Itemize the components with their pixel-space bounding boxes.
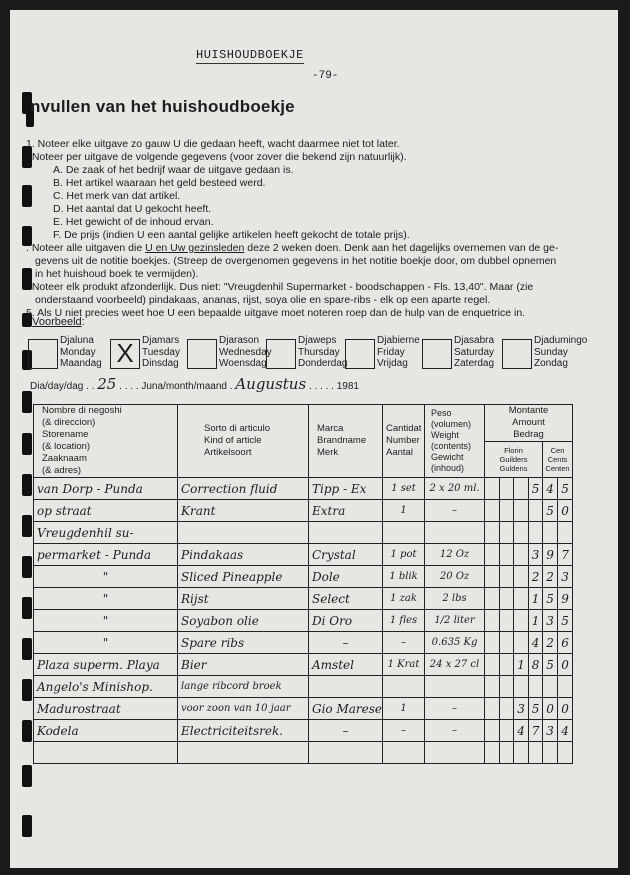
cell-guilders-digit: 3: [529, 544, 543, 566]
cell-guilders-digit: 4: [514, 720, 529, 742]
cell-brand: [309, 742, 383, 764]
cell-number: 1 zak: [383, 588, 425, 610]
cell-guilders-digit: [529, 522, 543, 544]
cell-brand: Di Oro: [309, 610, 383, 632]
header-line: Weight: [431, 430, 484, 441]
table-row: KodelaElectriciteitsrek.–––4734: [34, 720, 573, 742]
cell-weight: 2 lbs: [425, 588, 485, 610]
header-guilders: FlorinGuildersGuldens: [485, 442, 543, 478]
table-row: Madurostraatvoor zoon van 10 jaarGio Mar…: [34, 698, 573, 720]
cell-guilders-digit: [500, 588, 514, 610]
header-line: Cents: [543, 455, 572, 464]
header-line: (contents): [431, 441, 484, 452]
table-row: permarket - PundaPindakaasCrystal1 pot12…: [34, 544, 573, 566]
weekday-option-sunday[interactable]: DjadumingoSundayZondag: [502, 335, 587, 370]
day-label: Dia/day/dag . .: [30, 381, 94, 392]
cell-article: lange ribcord broek: [178, 676, 309, 698]
header-line: Florin: [485, 446, 542, 455]
cell-store: op straat: [34, 500, 178, 522]
binder-hole-mark: [22, 185, 32, 207]
cell-weight: –: [425, 720, 485, 742]
table-row: "RijstSelect1 zak2 lbs159: [34, 588, 573, 610]
instruction-3: . Noteer alle uitgaven die U en Uw gezin…: [26, 242, 558, 255]
instruction-3-text: . Noteer alle uitgaven die: [26, 242, 145, 254]
month-value: Augustus: [235, 375, 306, 393]
header-cents: CenCentsCenten: [543, 442, 573, 478]
cell-guilders-digit: 8: [529, 654, 543, 676]
table-row: van Dorp - PundaCorrection fluidTipp - E…: [34, 478, 573, 500]
cell-guilders-digit: 2: [529, 566, 543, 588]
weekday-checkbox[interactable]: [28, 339, 58, 369]
cell-guilders-digit: [514, 632, 529, 654]
cell-cents-digit: 5: [543, 500, 558, 522]
cell-number: 1: [383, 500, 425, 522]
cell-guilders-digit: 1: [529, 610, 543, 632]
cell-guilders-digit: [500, 632, 514, 654]
example-heading: . Voorbeeld:: [26, 316, 85, 328]
weekday-label: DjawepsThursdayDonderdag: [298, 335, 347, 370]
cell-weight: –: [425, 698, 485, 720]
cell-guilders-digit: [514, 676, 529, 698]
cell-brand: Extra: [309, 500, 383, 522]
cell-cents-digit: 7: [558, 544, 573, 566]
instruction-5: 5. Als U niet precies weet hoe U een bep…: [26, 307, 525, 320]
cell-guilders-digit: [485, 632, 500, 654]
cell-store: van Dorp - Punda: [34, 478, 178, 500]
cell-store: ": [34, 588, 178, 610]
header-line: Centen: [543, 464, 572, 473]
example-suffix: :: [82, 316, 85, 328]
cell-brand: Dole: [309, 566, 383, 588]
header-line: Cantidat: [386, 423, 424, 435]
cell-cents-digit: 5: [543, 654, 558, 676]
cell-guilders-digit: [514, 566, 529, 588]
header-line: Montante: [485, 405, 572, 417]
weekday-label: DjarasonWednesdayWoensdag: [219, 335, 272, 370]
cell-cents-digit: [558, 742, 573, 764]
cell-guilders-digit: [485, 500, 500, 522]
header-brand: MarcaBrandnameMerk: [309, 405, 383, 478]
weekday-option-friday[interactable]: DjabierneFridayVrijdag: [345, 335, 420, 370]
binder-hole-mark: [22, 556, 32, 578]
binder-hole-mark: [22, 679, 32, 701]
cell-cents-digit: 3: [558, 566, 573, 588]
cell-cents-digit: 2: [543, 632, 558, 654]
day-value: 25: [97, 375, 116, 393]
cell-cents-digit: 9: [543, 544, 558, 566]
cell-guilders-digit: [529, 500, 543, 522]
cell-number: 1 Krat: [383, 654, 425, 676]
cell-guilders-digit: [514, 522, 529, 544]
cell-guilders-digit: [529, 742, 543, 764]
cell-cents-digit: [543, 522, 558, 544]
weekday-option-saturday[interactable]: DjasabraSaturdayZaterdag: [422, 335, 494, 370]
cell-guilders-digit: [514, 610, 529, 632]
header-line: Guilders: [485, 455, 542, 464]
instruction-3-line3: in het huishoud boek te vermijden).: [35, 268, 198, 281]
header-line: Kind of article: [204, 435, 308, 447]
weekday-label: DjalunaMondayMaandag: [60, 335, 102, 370]
header-line: Number: [386, 435, 424, 447]
cell-guilders-digit: [485, 676, 500, 698]
cell-brand: [309, 676, 383, 698]
weekday-label: DjasabraSaturdayZaterdag: [454, 335, 494, 370]
cell-cents-digit: [558, 522, 573, 544]
cell-store: Vreugdenhil su-: [34, 522, 178, 544]
cell-article: Bier: [178, 654, 309, 676]
cell-guilders-digit: [485, 566, 500, 588]
weekday-option-wednesday[interactable]: DjarasonWednesdayWoensdag: [187, 335, 272, 370]
cell-store: Madurostraat: [34, 698, 178, 720]
header-line: Merk: [317, 447, 382, 459]
cell-number: –: [383, 632, 425, 654]
year-label: . . . . . 1981: [309, 381, 359, 392]
weekday-option-tuesday[interactable]: XDjamarsTuesdayDinsdag: [110, 335, 180, 370]
cell-cents-digit: 5: [543, 588, 558, 610]
weekday-label: DjadumingoSundayZondag: [534, 335, 587, 370]
instruction-1: 1. Noteer elke uitgave zo gauw U die ged…: [26, 138, 400, 151]
cell-brand: –: [309, 720, 383, 742]
cell-number: [383, 676, 425, 698]
header-line: (& location): [42, 441, 177, 453]
cell-guilders-digit: [485, 610, 500, 632]
cell-cents-digit: 2: [543, 566, 558, 588]
header-number: CantidatNumberAantal: [383, 405, 425, 478]
cell-cents-digit: 9: [558, 588, 573, 610]
weekday-option-monday[interactable]: DjalunaMondayMaandag: [28, 335, 102, 370]
instruction-4: . Noteer elk produkt afzonderlijk. Dus n…: [26, 281, 533, 294]
cell-guilders-digit: [500, 566, 514, 588]
cell-guilders-digit: [514, 588, 529, 610]
cell-guilders-digit: [485, 588, 500, 610]
instruction-2b: B. Het artikel waaraan het geld besteed …: [53, 177, 265, 190]
cell-guilders-digit: [500, 478, 514, 500]
instruction-2e: E. Het gewicht of de inhoud ervan.: [53, 216, 214, 229]
cell-cents-digit: [543, 676, 558, 698]
binder-hole-mark: [22, 765, 32, 787]
cell-article: voor zoon van 10 jaar: [178, 698, 309, 720]
cell-store: Kodela: [34, 720, 178, 742]
binder-hole-mark: [22, 433, 32, 455]
header-line: Brandname: [317, 435, 382, 447]
cell-store: [34, 742, 178, 764]
expense-table: Nombre di negoshi(& direccion)Storename(…: [33, 404, 573, 764]
binder-hole-mark: [22, 474, 32, 496]
header-line: (inhoud): [431, 463, 484, 474]
cell-guilders-digit: 5: [529, 698, 543, 720]
cell-weight: [425, 676, 485, 698]
weekday-checkbox[interactable]: [422, 339, 452, 369]
cell-cents-digit: [543, 742, 558, 764]
cell-guilders-digit: [500, 500, 514, 522]
header-line: Aantal: [386, 447, 424, 459]
header-line: Amount: [485, 417, 572, 429]
cell-number: –: [383, 720, 425, 742]
header-weight: Peso(volumen)Weight(contents)Gewicht(inh…: [425, 405, 485, 478]
cell-number: [383, 522, 425, 544]
header-line: Gewicht: [431, 452, 484, 463]
binder-hole-mark: [22, 720, 32, 742]
cell-brand: Amstel: [309, 654, 383, 676]
date-line: Dia/day/dag . . 25 . . . . Juna/month/ma…: [30, 375, 359, 393]
cell-article: Spare ribs: [178, 632, 309, 654]
header-line: Guldens: [485, 464, 542, 473]
cell-number: 1 blik: [383, 566, 425, 588]
cell-cents-digit: 0: [558, 500, 573, 522]
cell-guilders-digit: [485, 654, 500, 676]
weekday-checkbox[interactable]: [345, 339, 375, 369]
cell-guilders-digit: 7: [529, 720, 543, 742]
instruction-2: . Noteer per uitgave de volgende gegeven…: [26, 151, 407, 164]
weekday-checkbox[interactable]: X: [110, 339, 140, 369]
table-row: Vreugdenhil su-: [34, 522, 573, 544]
cell-guilders-digit: [500, 742, 514, 764]
header-store: Nombre di negoshi(& direccion)Storename(…: [34, 405, 178, 478]
cell-number: [383, 742, 425, 764]
page-title: nvullen van het huishoudboekje: [30, 97, 295, 117]
instruction-4-line2: onderstaand voorbeeld) pindakaas, ananas…: [35, 294, 490, 307]
cell-weight: –: [425, 500, 485, 522]
cell-guilders-digit: 5: [529, 478, 543, 500]
cell-article: [178, 742, 309, 764]
cell-brand: [309, 522, 383, 544]
instruction-3-emphasis: U en Uw gezinsleden: [145, 242, 244, 254]
cell-article: Sliced Pineapple: [178, 566, 309, 588]
table-row: Plaza superm. PlayaBierAmstel1 Krat24 x …: [34, 654, 573, 676]
cell-article: Soyabon olie: [178, 610, 309, 632]
table-row: "Soyabon olieDi Oro1 fles1/2 liter135: [34, 610, 573, 632]
header-line: Cen: [543, 446, 572, 455]
cell-guilders-digit: [500, 544, 514, 566]
cell-article: Electriciteitsrek.: [178, 720, 309, 742]
cell-guilders-digit: [485, 720, 500, 742]
cell-guilders-digit: [500, 654, 514, 676]
weekday-checkbox[interactable]: [187, 339, 217, 369]
header-line: Nombre di negoshi: [42, 405, 177, 417]
header-amount: MontanteAmountBedrag: [485, 405, 573, 442]
cell-guilders-digit: 4: [529, 632, 543, 654]
instruction-3-text: deze 2 weken doen. Denk aan het dagelijk…: [244, 242, 558, 254]
instruction-3-line2: gevens uit de notitie boekjes. (Streep d…: [35, 255, 556, 268]
cell-brand: Select: [309, 588, 383, 610]
cell-weight: 12 Oz: [425, 544, 485, 566]
binder-hole-mark: [22, 815, 32, 837]
cell-store: Plaza superm. Playa: [34, 654, 178, 676]
instruction-2c: C. Het merk van dat artikel.: [53, 190, 180, 203]
binder-hole-mark: [22, 515, 32, 537]
cell-guilders-digit: [485, 742, 500, 764]
cell-guilders-digit: 1: [514, 654, 529, 676]
cell-brand: Crystal: [309, 544, 383, 566]
cell-brand: Gio Marese: [309, 698, 383, 720]
cell-guilders-digit: [514, 742, 529, 764]
cell-cents-digit: 4: [543, 478, 558, 500]
header-line: Artikelsoort: [204, 447, 308, 459]
header-line: Bedrag: [485, 429, 572, 441]
cell-weight: 2 x 20 ml.: [425, 478, 485, 500]
cell-guilders-digit: [500, 698, 514, 720]
cell-article: Krant: [178, 500, 309, 522]
cell-article: Rijst: [178, 588, 309, 610]
cell-store: Angelo's Minishop.: [34, 676, 178, 698]
cell-number: 1 pot: [383, 544, 425, 566]
cell-cents-digit: 4: [558, 720, 573, 742]
header-line: Sorto di articulo: [204, 423, 308, 435]
table-row: [34, 742, 573, 764]
cell-cents-digit: 3: [543, 720, 558, 742]
check-mark-icon: X: [111, 338, 139, 368]
binder-hole-mark: [22, 597, 32, 619]
cell-guilders-digit: [514, 500, 529, 522]
table-row: "Spare ribs––0.635 Kg426: [34, 632, 573, 654]
cell-weight: 0.635 Kg: [425, 632, 485, 654]
cell-guilders-digit: [485, 478, 500, 500]
instruction-2a: A. De zaak of het bedrijf waar de uitgav…: [53, 164, 293, 177]
cell-guilders-digit: 1: [529, 588, 543, 610]
header-line: Peso: [431, 408, 484, 419]
cell-brand: –: [309, 632, 383, 654]
cell-article: Correction fluid: [178, 478, 309, 500]
weekday-checkbox[interactable]: [502, 339, 532, 369]
cell-number: 1 fles: [383, 610, 425, 632]
cell-guilders-digit: [485, 544, 500, 566]
cell-cents-digit: 3: [543, 610, 558, 632]
cell-guilders-digit: [500, 676, 514, 698]
cell-cents-digit: 5: [558, 610, 573, 632]
cell-weight: 20 Oz: [425, 566, 485, 588]
cell-article: Pindakaas: [178, 544, 309, 566]
cell-guilders-digit: [485, 698, 500, 720]
cell-cents-digit: 6: [558, 632, 573, 654]
header-line: Zaaknaam: [42, 453, 177, 465]
cell-cents-digit: [558, 676, 573, 698]
cell-guilders-digit: [500, 522, 514, 544]
cell-number: 1 set: [383, 478, 425, 500]
running-header: HUISHOUDBOEKJE: [196, 48, 304, 64]
example-label: Voorbeeld: [32, 316, 82, 328]
weekday-checkbox[interactable]: [266, 339, 296, 369]
table-row: Angelo's Minishop.lange ribcord broek: [34, 676, 573, 698]
header-line: (& direccion): [42, 417, 177, 429]
cell-cents-digit: 5: [558, 478, 573, 500]
binder-hole-mark: [22, 638, 32, 660]
instruction-2d: D. Het aantal dat U gekocht heeft.: [53, 203, 211, 216]
cell-weight: [425, 742, 485, 764]
cell-store: ": [34, 610, 178, 632]
table-row: op straatKrantExtra1–50: [34, 500, 573, 522]
cell-guilders-digit: [514, 544, 529, 566]
cell-weight: 24 x 27 cl: [425, 654, 485, 676]
cell-guilders-digit: [500, 610, 514, 632]
header-line: (& adres): [42, 465, 177, 477]
cell-cents-digit: 0: [543, 698, 558, 720]
cell-store: permarket - Punda: [34, 544, 178, 566]
header-line: Storename: [42, 429, 177, 441]
cell-cents-digit: 0: [558, 698, 573, 720]
cell-store: ": [34, 566, 178, 588]
header-line: (volumen): [431, 419, 484, 430]
cell-guilders-digit: [500, 720, 514, 742]
cell-weight: [425, 522, 485, 544]
weekday-label: DjamarsTuesdayDinsdag: [142, 335, 180, 370]
table-row: "Sliced PineappleDole1 blik20 Oz223: [34, 566, 573, 588]
header-article: Sorto di articuloKind of articleArtikels…: [178, 405, 309, 478]
instruction-2f: F. De prijs (indien U een aantal gelijke…: [53, 229, 410, 242]
cell-weight: 1/2 liter: [425, 610, 485, 632]
cell-article: [178, 522, 309, 544]
cell-guilders-digit: [514, 478, 529, 500]
cell-brand: Tipp - Ex: [309, 478, 383, 500]
binder-hole-mark: [22, 391, 32, 413]
weekday-option-thursday[interactable]: DjawepsThursdayDonderdag: [266, 335, 347, 370]
cell-number: 1: [383, 698, 425, 720]
cell-guilders-digit: 3: [514, 698, 529, 720]
cell-guilders-digit: [529, 676, 543, 698]
weekday-label: DjabierneFridayVrijdag: [377, 335, 420, 370]
cell-store: ": [34, 632, 178, 654]
header-line: Marca: [317, 423, 382, 435]
cell-guilders-digit: [485, 522, 500, 544]
cell-cents-digit: 0: [558, 654, 573, 676]
month-label: . . . . Juna/month/maand .: [119, 381, 232, 392]
page-number: -79-: [312, 70, 338, 82]
